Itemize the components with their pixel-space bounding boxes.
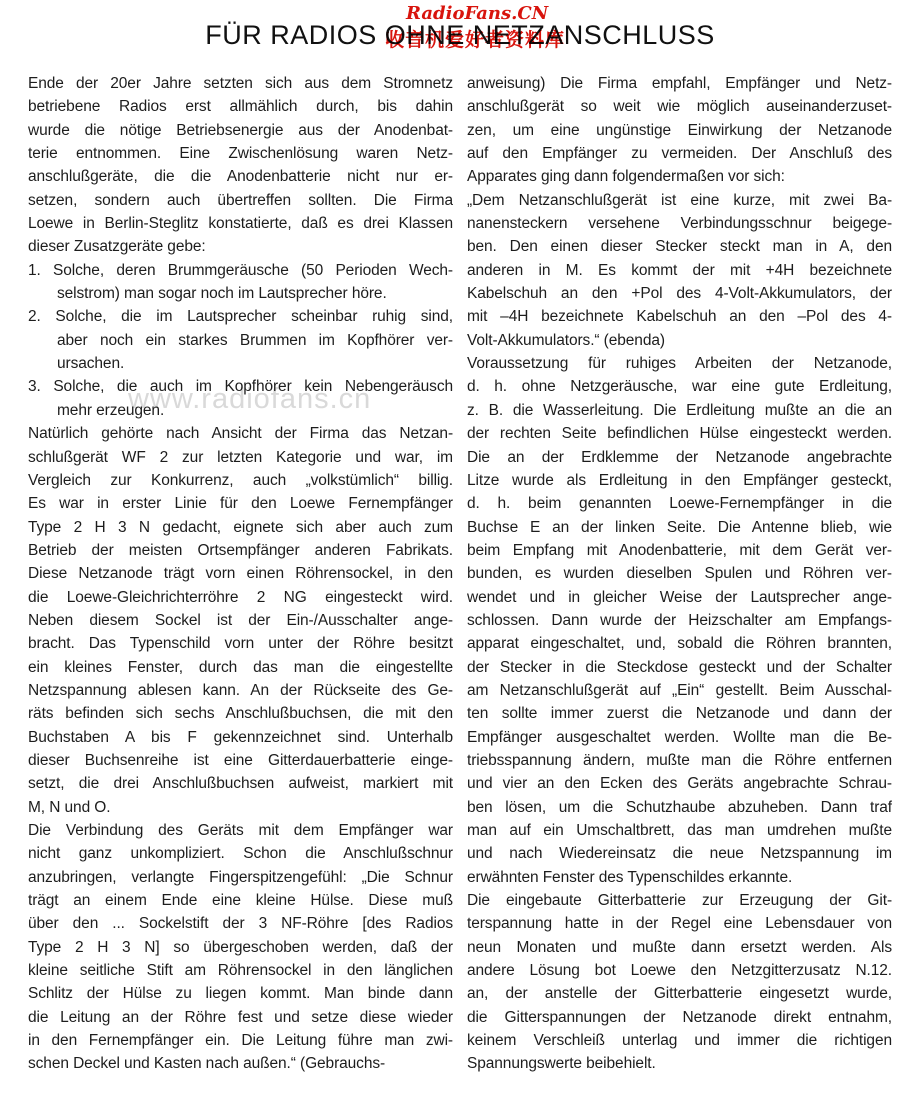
text-line: schen Deckel und Kasten nach außen.“ (Ge… bbox=[28, 1052, 453, 1075]
text-line: Die eingebaute Gitterbatterie zur Erzeug… bbox=[467, 889, 892, 912]
text-line: Die an der Erdklemme der Netzanode angeb… bbox=[467, 446, 892, 469]
text-line: terspannung hatte in der Regel eine Lebe… bbox=[467, 912, 892, 935]
text-line: M, N und O. bbox=[28, 796, 453, 819]
watermark-radiofans-brand: RadioFans.CN bbox=[406, 3, 548, 24]
text-line: triebsspannung ändern, mußte man die Röh… bbox=[467, 749, 892, 772]
text-line: „Dem Netzanschlußgerät ist eine kurze, m… bbox=[467, 189, 892, 212]
text-line: nicht ganz unkompliziert. Schon die Ansc… bbox=[28, 842, 453, 865]
text-line: zen, um eine ungünstige Einwirkung der N… bbox=[467, 119, 892, 142]
text-line: Schlitz der Hülse zu liegen kommt. Man b… bbox=[28, 982, 453, 1005]
text-line: andere Lösung bot Loewe den Netzgitterzu… bbox=[467, 959, 892, 982]
text-line: d. h. ohne Netzgeräusche, war eine gute … bbox=[467, 375, 892, 398]
text-line: 3. Solche, die auch im Kopfhörer kein Ne… bbox=[28, 375, 453, 398]
text-line: am Netzanschlußgerät auf „Ein“ gestellt.… bbox=[467, 679, 892, 702]
text-line: bracht. Das Typenschild vorn unter der R… bbox=[28, 632, 453, 655]
text-line: Natürlich gehörte nach Ansicht der Firma… bbox=[28, 422, 453, 445]
text-line: wurde die nötige Betriebsenergie aus der… bbox=[28, 119, 453, 142]
text-line: Ende der 20er Jahre setzten sich aus dem… bbox=[28, 72, 453, 95]
text-line: trägt an einem Ende eine kleine Hülse. D… bbox=[28, 889, 453, 912]
text-line: d. h. beim genannten Loewe-Fernempfänger… bbox=[467, 492, 892, 515]
text-line: die Gitterspannungen der Netzanode direk… bbox=[467, 1006, 892, 1029]
text-line: man auf ein Umschaltbrett, das man umdre… bbox=[467, 819, 892, 842]
text-line: dieser Buchsenreihe ist eine Gitterdauer… bbox=[28, 749, 453, 772]
text-line: selstrom) man sogar noch im Lautsprecher… bbox=[28, 282, 453, 305]
text-line: ein kleines Fenster, durch das man die e… bbox=[28, 656, 453, 679]
text-line: Litze wurde als Erdleitung in den Empfän… bbox=[467, 469, 892, 492]
text-line: anzubringen, verlangte Fingerspitzengefü… bbox=[28, 866, 453, 889]
text-line: an, der anstelle der Gitterbatterie eing… bbox=[467, 982, 892, 1005]
text-line: 2. Solche, die im Lautsprecher scheinbar… bbox=[28, 305, 453, 328]
text-line: Type 2 H 3 N gedacht, eignete sich aber … bbox=[28, 516, 453, 539]
text-line: und vier an den Ecken des Geräts angebra… bbox=[467, 772, 892, 795]
right-column: anweisung) Die Firma empfahl, Empfänger … bbox=[467, 72, 892, 1076]
text-line: Betrieb der meisten Ortsempfänger andere… bbox=[28, 539, 453, 562]
text-line: nanensteckern versehene Verbindungsschnu… bbox=[467, 212, 892, 235]
text-line: ursachen. bbox=[28, 352, 453, 375]
text-line: Spannungswerte beibehielt. bbox=[467, 1052, 892, 1075]
text-line: Empfänger ausgeschaltet werden. Wollte m… bbox=[467, 726, 892, 749]
text-line: ben lösen, um die Schutzhaube abzuheben.… bbox=[467, 796, 892, 819]
text-line: aber noch ein starkes Brummen im Kopfhör… bbox=[28, 329, 453, 352]
text-line: mehr erzeugen. bbox=[28, 399, 453, 422]
text-line: Die Verbindung des Geräts mit dem Empfän… bbox=[28, 819, 453, 842]
text-line: ben. Den einen dieser Stecker steckt man… bbox=[467, 235, 892, 258]
text-line: Diese Netzanode trägt vorn einen Röhrens… bbox=[28, 562, 453, 585]
text-line: anderen in M. Es kommt der mit +4H bezei… bbox=[467, 259, 892, 282]
text-line: terie entnommen. Eine Zwischenlösung war… bbox=[28, 142, 453, 165]
text-line: erwähnten Fenster des Typenschildes erka… bbox=[467, 866, 892, 889]
text-line: Buchse E an der linken Seite. Die Antenn… bbox=[467, 516, 892, 539]
text-line: Neben diesem Sockel ist der Ein-/Ausscha… bbox=[28, 609, 453, 632]
text-line: Apparates ging dann folgendermaßen vor s… bbox=[467, 165, 892, 188]
text-line: z. B. die Wasserleitung. Die Erdleitung … bbox=[467, 399, 892, 422]
text-line: 1. Solche, deren Brummgeräusche (50 Peri… bbox=[28, 259, 453, 282]
text-line: kleine seitliche Stift am Röhrensockel i… bbox=[28, 959, 453, 982]
article-body: Ende der 20er Jahre setzten sich aus dem… bbox=[28, 72, 892, 1076]
text-line: über den ... Sockelstift der 3 NF-Röhre … bbox=[28, 912, 453, 935]
text-line: Voraussetzung für ruhiges Arbeiten der N… bbox=[467, 352, 892, 375]
text-line: neun Monaten und mußte dann ersetzt werd… bbox=[467, 936, 892, 959]
text-line: Kabelschuh an den +Pol des 4-Volt-Akkumu… bbox=[467, 282, 892, 305]
watermark-chinese-text: 收音机爱好者资料库 bbox=[385, 25, 565, 52]
left-column: Ende der 20er Jahre setzten sich aus dem… bbox=[28, 72, 453, 1076]
text-line: keinem Verschleiß unterlag und immer die… bbox=[467, 1029, 892, 1052]
text-line: Volt-Akkumulators.“ (ebenda) bbox=[467, 329, 892, 352]
text-line: bunden, es wurden dieselben Spulen und R… bbox=[467, 562, 892, 585]
text-line: Vergleich zur Konkurrenz, auch „volkstüm… bbox=[28, 469, 453, 492]
text-line: beim Empfang mit Anodenbatterie, mit dem… bbox=[467, 539, 892, 562]
text-line: Buchstaben A bis F gekennzeichnet sind. … bbox=[28, 726, 453, 749]
text-line: Type 2 H 3 N] so übergeschoben werden, d… bbox=[28, 936, 453, 959]
text-line: auf den Empfänger zu vermeiden. Der Ansc… bbox=[467, 142, 892, 165]
text-line: der Stecker in die Steckdose gesteckt un… bbox=[467, 656, 892, 679]
text-line: dieser Zusatzgeräte gebe: bbox=[28, 235, 453, 258]
text-line: anschlußgeräte, die die Anodenbatterie n… bbox=[28, 165, 453, 188]
text-line: mit –4H bezeichnete Kabelschuh an den –P… bbox=[467, 305, 892, 328]
text-line: setzt, die drei Anschlußbuchsen aufweist… bbox=[28, 772, 453, 795]
text-line: setzen, sondern auch übertreffen sollten… bbox=[28, 189, 453, 212]
text-line: betriebene Radios erst allmählich durch,… bbox=[28, 95, 453, 118]
text-line: die Leitung an der Röhre fest und setze … bbox=[28, 1006, 453, 1029]
text-line: anschlußgerät so weit wie möglich ausein… bbox=[467, 95, 892, 118]
text-line: Loewe in Berlin-Steglitz konstatierte, d… bbox=[28, 212, 453, 235]
text-line: schlossen. Dann wurde der Heizschalter a… bbox=[467, 609, 892, 632]
text-line: und nach Wiedereinsatz die neue Netzspan… bbox=[467, 842, 892, 865]
text-line: ten sollte immer zuerst die Netzanode un… bbox=[467, 702, 892, 725]
text-line: Netzspannung ablesen kann. An der Rückse… bbox=[28, 679, 453, 702]
text-line: Es war in erster Linie für den Loewe Fer… bbox=[28, 492, 453, 515]
text-line: apparat eingeschaltet, und, sobald die R… bbox=[467, 632, 892, 655]
text-line: der rechten Seite befindlichen Hülse ein… bbox=[467, 422, 892, 445]
text-line: in den Fernempfänger ein. Die Leitung fü… bbox=[28, 1029, 453, 1052]
text-line: räts befinden sich sechs Anschlußbuchsen… bbox=[28, 702, 453, 725]
text-line: anweisung) Die Firma empfahl, Empfänger … bbox=[467, 72, 892, 95]
text-line: wendet und in gleicher Weise der Lautspr… bbox=[467, 586, 892, 609]
text-line: schlußgerät WF 2 zur letzten Kategorie u… bbox=[28, 446, 453, 469]
text-line: die Loewe-Gleichrichterröhre 2 NG einges… bbox=[28, 586, 453, 609]
